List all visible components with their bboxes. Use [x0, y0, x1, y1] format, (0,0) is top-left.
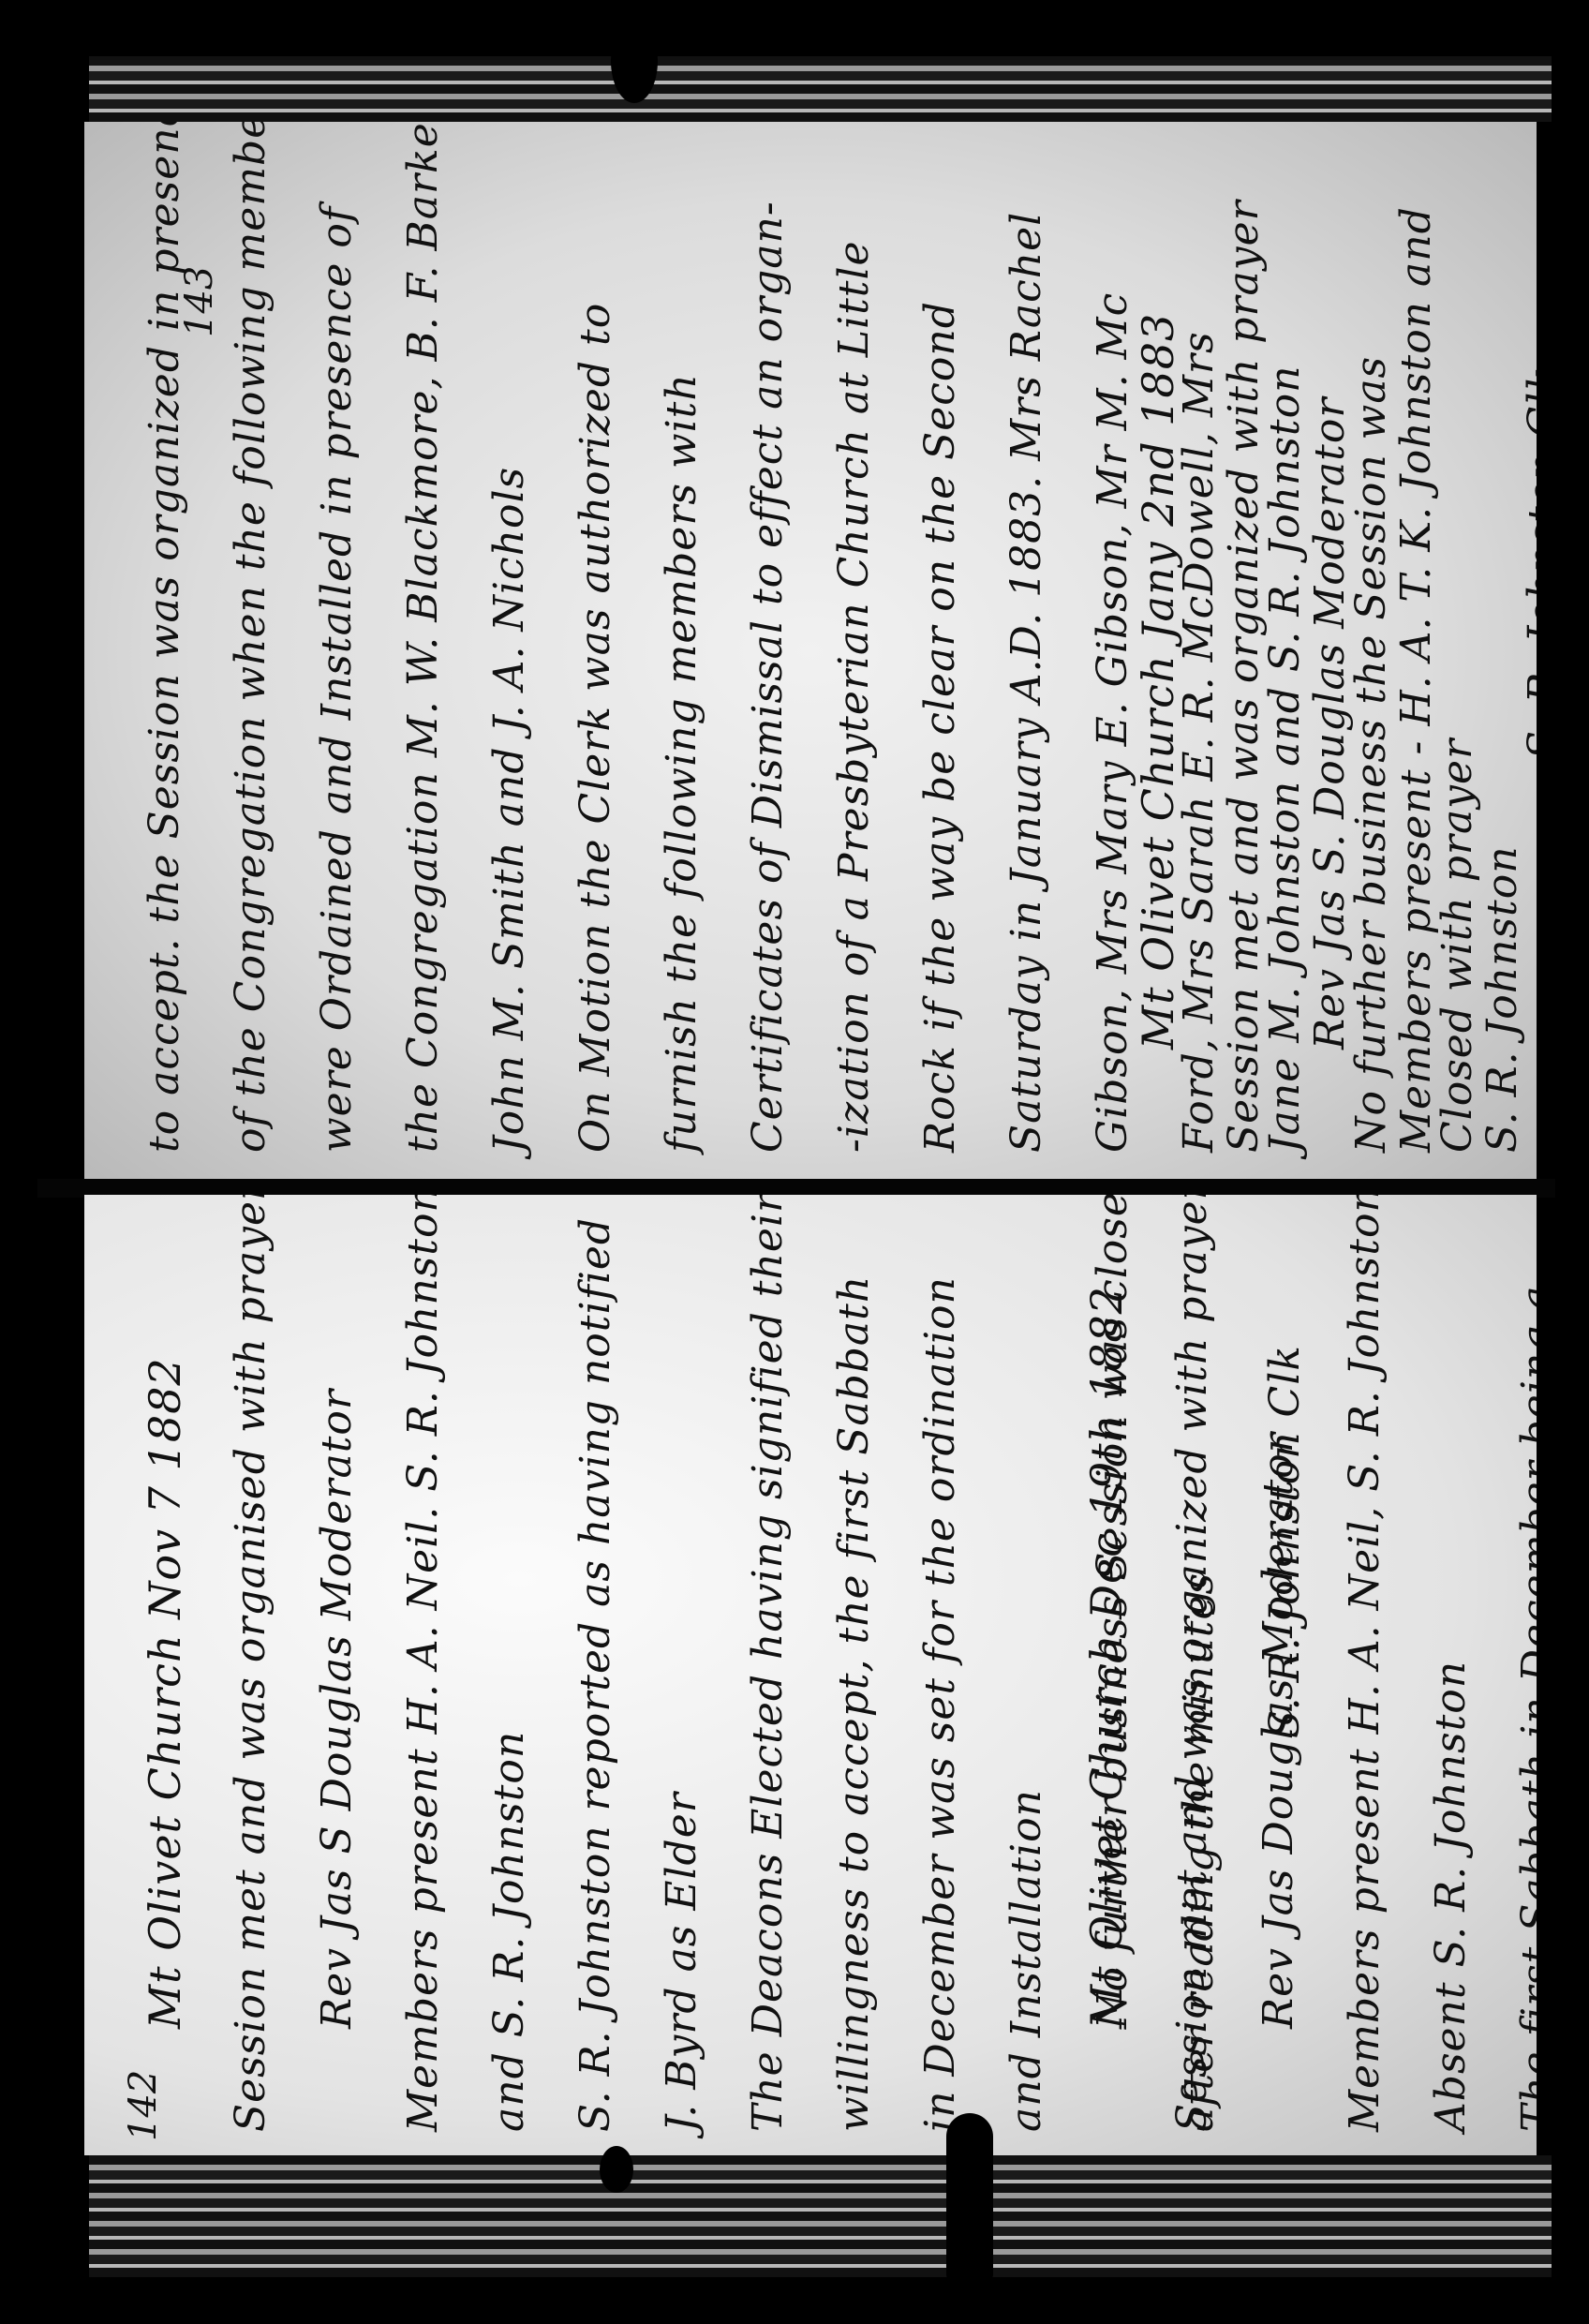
- entry-heading: Mt Olivet Church Dec 19th 1882: [1063, 1214, 1150, 2132]
- text-line: furnish the following members with: [639, 141, 725, 1153]
- text-line: Members present - H. A. T. K. Johnston a…: [1374, 141, 1460, 1153]
- text-line: The first Sabbath in December being a: [1494, 1214, 1537, 2132]
- entry-heading: Mt Olivet Church Nov 7 1882: [122, 1214, 208, 2132]
- text-line: of the Congregation when the following m…: [208, 141, 294, 1153]
- text-line: J. Byrd as Elder: [639, 1214, 725, 2132]
- page-142: 142 Mt Olivet Church Nov 7 1882 Session …: [84, 1195, 1537, 2155]
- book-edge-top: [89, 56, 1552, 122]
- text-line: S. R. Johnston reported as having notifi…: [553, 1214, 639, 2132]
- text-line: Members present H. A. Neil. S. R. Johnst…: [380, 1214, 467, 2132]
- text-line: -ization of a Presbyterian Church at Lit…: [811, 141, 898, 1153]
- text-line: Saturday in January A.D. 1883. Mrs Rache…: [984, 141, 1070, 1153]
- binding-clip-bottom: [600, 2146, 633, 2193]
- text-line: Rev Jas Douglas Moderator: [1236, 1214, 1322, 2132]
- page-143: 143 to accept. the Session was organized…: [84, 122, 1537, 1181]
- text-line: the Congregation M. W. Blackmore, B. F. …: [380, 141, 467, 1153]
- text-line: Rev Jas S Douglas Moderator: [294, 1214, 380, 2132]
- text-line: in December was set for the ordination: [898, 1214, 984, 2132]
- text-line: John M. Smith and J. A. Nichols: [467, 141, 553, 1153]
- text-line: Rev Jas S. Douglas Moderator: [1287, 141, 1374, 1153]
- binding-clip-top: [611, 19, 658, 103]
- text-line: Session met and was organised with praye…: [208, 1214, 294, 2132]
- entry-jan-2-1883: Mt Olivet Church Jany 2nd 1883 Session m…: [1115, 141, 1537, 1153]
- entry-heading: Mt Olivet Church Jany 2nd 1883: [1115, 141, 1201, 1153]
- finger-shadow: [946, 2113, 993, 2282]
- text-line: Certificates of Dismissal to effect an o…: [725, 141, 811, 1153]
- text-line: Session met and was organized with praye…: [1201, 141, 1287, 1153]
- book-edge-bottom: [89, 2155, 1552, 2277]
- text-line: S. R. Johnston: [1460, 141, 1537, 1153]
- text-line: Absent S. R. Johnston: [1408, 1214, 1494, 2132]
- text-line: and S. R. Johnston: [467, 1214, 553, 2132]
- text-line: were Ordained and Installed in presence …: [294, 141, 380, 1153]
- scan-frame: 143 to accept. the Session was organized…: [0, 0, 1589, 2324]
- text-line: The Deacons Elected having signified the…: [725, 1214, 811, 2132]
- text-line: Rock if the way be clear on the Second: [898, 141, 984, 1153]
- text-line: willingness to accept, the first Sabbath: [811, 1214, 898, 2132]
- entry-dec-19-1882: Mt Olivet Church Dec 19th 1882 Session m…: [1063, 1214, 1537, 2132]
- text-line: Members present H. A. Neil, S. R. Johnst…: [1322, 1214, 1408, 2132]
- text-line: On Motion the Clerk was authorized to: [553, 141, 639, 1153]
- text-line: Session met and was organized with praye…: [1150, 1214, 1236, 2132]
- text-line: and Installation: [984, 1214, 1070, 2132]
- text-line: to accept. the Session was organized in …: [122, 141, 208, 1153]
